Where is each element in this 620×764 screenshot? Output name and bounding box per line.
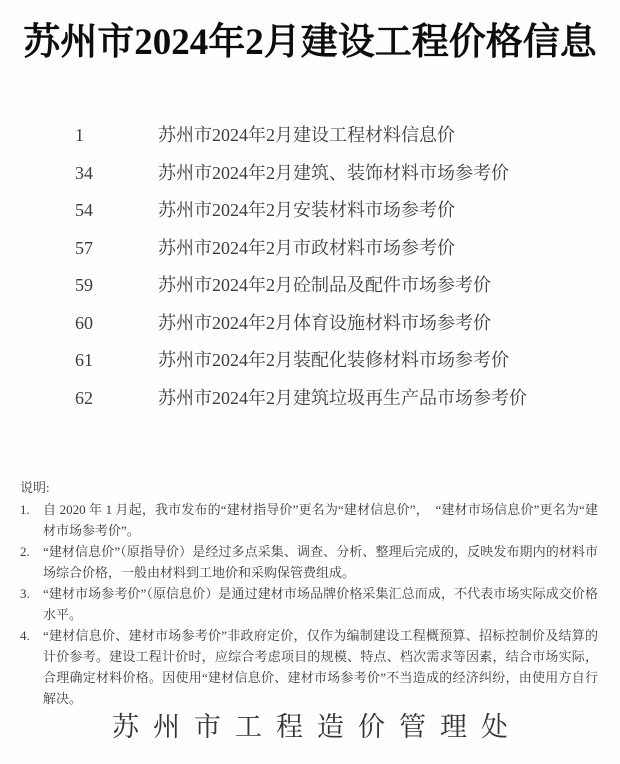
toc-entry-title: 苏州市2024年2月建设工程材料信息价 (158, 126, 590, 145)
toc-entry: 61 苏州市2024年2月装配化装修材料市场参考价 (75, 351, 590, 370)
toc-page-number: 61 (75, 351, 158, 370)
document-page: 苏州市2024年2月建设工程价格信息 1 苏州市2024年2月建设工程材料信息价… (0, 0, 620, 764)
toc-entry: 1 苏州市2024年2月建设工程材料信息价 (75, 126, 590, 145)
note-text: “建材市场参考价”（原信息价）是通过建材市场品牌价格采集汇总而成，不代表市场实际… (43, 583, 598, 625)
note-item: 4. “建材信息价、建材市场参考价”非政府定价，仅作为编制建设工程概预算、招标控… (20, 625, 598, 709)
note-number: 4. (20, 625, 43, 709)
toc-entry-title: 苏州市2024年2月建筑、装饰材料市场参考价 (158, 164, 590, 183)
toc-page-number: 59 (75, 276, 158, 295)
document-title: 苏州市2024年2月建设工程价格信息 (0, 11, 620, 65)
toc-page-number: 34 (75, 164, 158, 183)
toc-entry: 34 苏州市2024年2月建筑、装饰材料市场参考价 (75, 164, 590, 183)
notes-section: 说明: 1. 自 2020 年 1 月起，我市发布的“建材指导价”更名为“建材信… (20, 477, 598, 709)
note-text: 自 2020 年 1 月起，我市发布的“建材指导价”更名为“建材信息价”， “建… (43, 499, 598, 541)
toc-entry-title: 苏州市2024年2月安装材料市场参考价 (158, 201, 590, 220)
toc-entry-title: 苏州市2024年2月砼制品及配件市场参考价 (158, 276, 590, 295)
toc-entry: 54 苏州市2024年2月安装材料市场参考价 (75, 201, 590, 220)
note-item: 1. 自 2020 年 1 月起，我市发布的“建材指导价”更名为“建材信息价”，… (20, 499, 598, 541)
note-item: 3. “建材市场参考价”（原信息价）是通过建材市场品牌价格采集汇总而成，不代表市… (20, 583, 598, 625)
note-number: 2. (20, 541, 43, 583)
toc-page-number: 54 (75, 201, 158, 220)
note-item: 2. “建材信息价”（原指导价）是经过多点采集、调查、分析、整理后完成的，反映发… (20, 541, 598, 583)
toc-page-number: 57 (75, 239, 158, 258)
toc-entry: 62 苏州市2024年2月建筑垃圾再生产品市场参考价 (75, 389, 590, 408)
note-number: 1. (20, 499, 43, 541)
toc-entry: 59 苏州市2024年2月砼制品及配件市场参考价 (75, 276, 590, 295)
toc-entry-title: 苏州市2024年2月体育设施材料市场参考价 (158, 314, 590, 333)
toc-page-number: 62 (75, 389, 158, 408)
toc-entry: 60 苏州市2024年2月体育设施材料市场参考价 (75, 314, 590, 333)
toc-entry-title: 苏州市2024年2月市政材料市场参考价 (158, 239, 590, 258)
note-text: “建材信息价、建材市场参考价”非政府定价，仅作为编制建设工程概预算、招标控制价及… (43, 625, 598, 709)
toc-entry: 57 苏州市2024年2月市政材料市场参考价 (75, 239, 590, 258)
notes-heading: 说明: (20, 477, 598, 498)
toc-page-number: 1 (75, 126, 158, 145)
issuing-authority-footer: 苏州市工程造价管理处 (0, 705, 620, 744)
toc-entry-title: 苏州市2024年2月装配化装修材料市场参考价 (158, 351, 590, 370)
toc-entry-title: 苏州市2024年2月建筑垃圾再生产品市场参考价 (158, 389, 590, 408)
note-number: 3. (20, 583, 43, 625)
note-text: “建材信息价”（原指导价）是经过多点采集、调查、分析、整理后完成的，反映发布期内… (43, 541, 598, 583)
table-of-contents: 1 苏州市2024年2月建设工程材料信息价 34 苏州市2024年2月建筑、装饰… (75, 126, 590, 426)
toc-page-number: 60 (75, 314, 158, 333)
